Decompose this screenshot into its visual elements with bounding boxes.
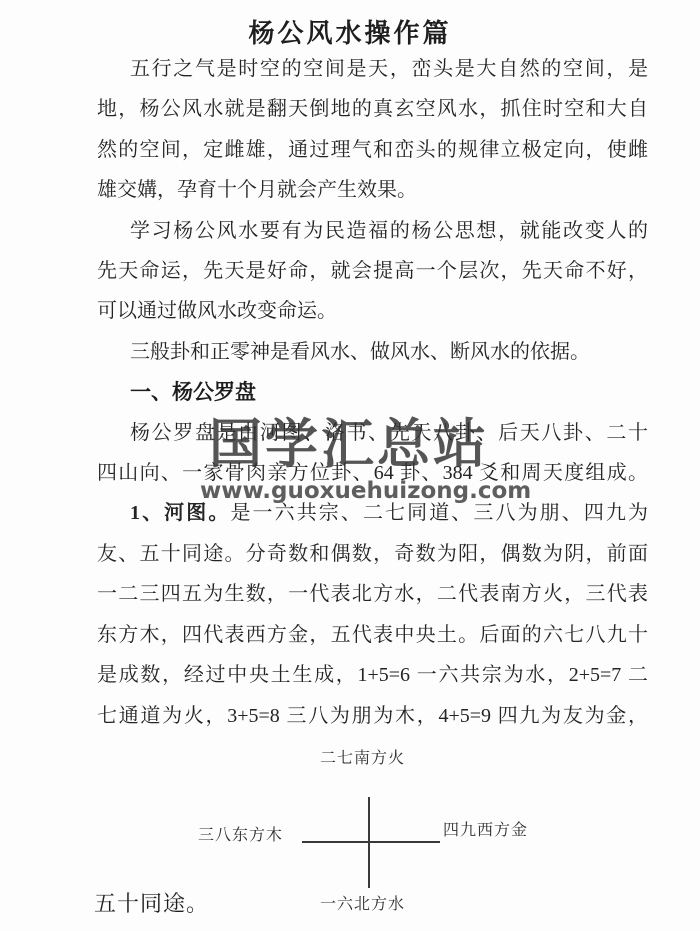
list-item-number-label: 1、河图。 bbox=[130, 502, 230, 524]
watermark-site-url: www.guoxuehuizong.com bbox=[200, 478, 500, 504]
paragraph-line: 雄交媾，孕育十个月就会产生效果。 bbox=[97, 170, 648, 210]
paragraph-line: 一二三四五为生数，一代表北方水，二代表南方火，三代表 bbox=[97, 574, 648, 614]
paragraph-line: 三般卦和正零神是看风水、做风水、断风水的依据。 bbox=[97, 332, 648, 372]
paragraph-line: 友、五十同途。分奇数和偶数，奇数为阳，偶数为阴，前面 bbox=[97, 534, 648, 574]
diagram-label-east-wood: 三八东方木 bbox=[198, 827, 283, 844]
diagram-label-south-fire: 二七南方火 bbox=[320, 750, 405, 767]
paragraph-line: 地，杨公风水就是翻天倒地的真玄空风水，抓住时空和大自 bbox=[97, 89, 648, 129]
diagram-label-north-water: 一六北方水 bbox=[320, 896, 405, 913]
paragraph-line: 东方木，四代表西方金，五代表中央土。后面的六七八九十 bbox=[97, 615, 648, 655]
paragraph-line: 是成数，经过中央土生成，1+5=6 一六共宗为水，2+5=7 二 bbox=[97, 655, 648, 695]
scanned-document-page: 杨公风水操作篇 五行之气是时空的空间是天，峦头是大自然的空间，是 地，杨公风水就… bbox=[0, 0, 700, 931]
paragraph-line: 七通道为火，3+5=8 三八为朋为木，4+5=9 四九为友为金， bbox=[97, 696, 648, 736]
document-title: 杨公风水操作篇 bbox=[0, 13, 700, 50]
diagram-label-west-metal: 四九西方金 bbox=[443, 822, 528, 839]
paragraph-closing-text: 五十同途。 bbox=[94, 891, 209, 917]
paragraph-line: 可以通过做风水改变命运。 bbox=[97, 291, 648, 331]
paragraph-line: 学习杨公风水要有为民造福的杨公思想，就能改变人的 bbox=[97, 211, 648, 251]
paragraph-line: 然的空间，定雌雄，通过理气和峦头的规律立极定向，使雌 bbox=[97, 130, 648, 170]
paragraph-line: 五行之气是时空的空间是天，峦头是大自然的空间，是 bbox=[97, 49, 648, 89]
watermark-site-name: 国学汇总站 bbox=[199, 417, 499, 472]
paragraph-text: 是一六共宗、二七同道、三八为朋、四九为 bbox=[230, 502, 648, 524]
section-heading: 一、杨公罗盘 bbox=[97, 372, 648, 412]
document-body: 五行之气是时空的空间是天，峦头是大自然的空间，是 地，杨公风水就是翻天倒地的真玄… bbox=[97, 49, 648, 736]
paragraph-line: 先天命运，先天是好命，就会提高一个层次，先天命不好， bbox=[97, 251, 648, 291]
diagram-horizontal-axis-line bbox=[302, 841, 440, 843]
